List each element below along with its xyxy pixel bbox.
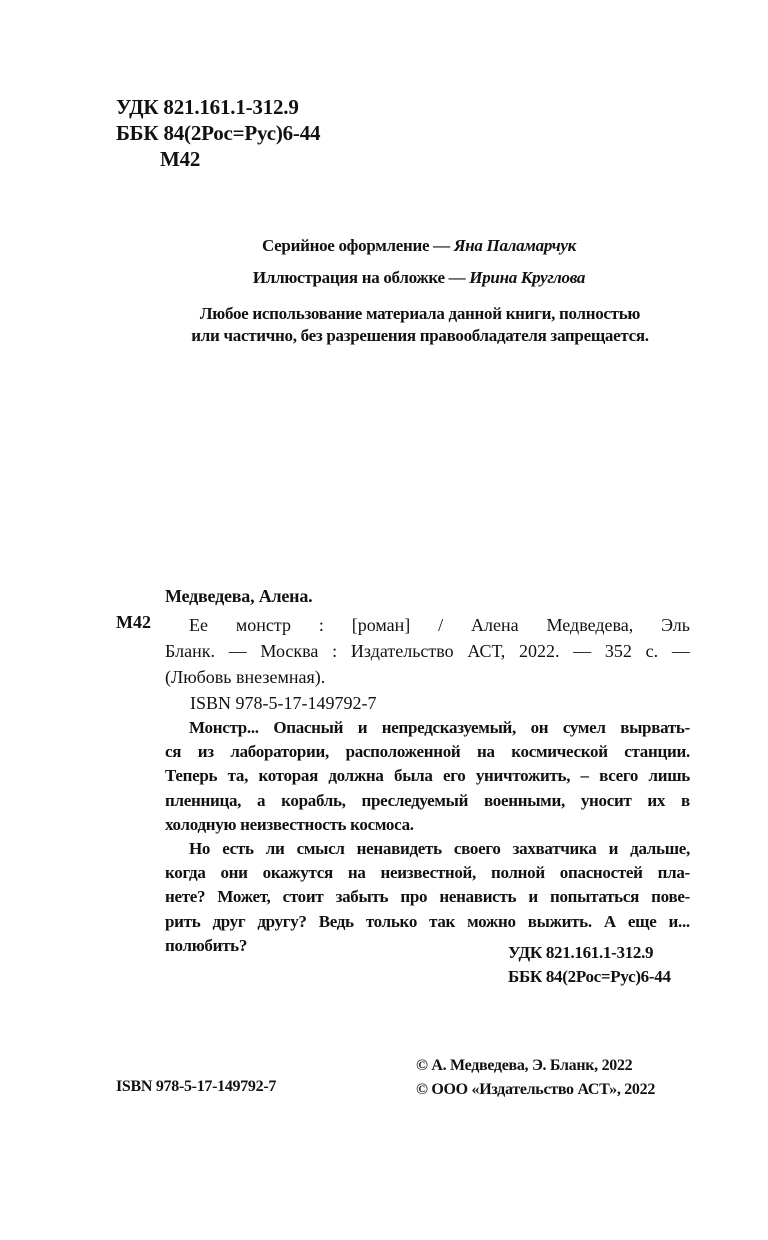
classification-block-bottom: УДК 821.161.1-312.9 ББК 84(2Рос=Рус)6-44: [508, 941, 671, 989]
copyright-block: © А. Медведева, Э. Бланк, 2022 © ООО «Из…: [416, 1054, 655, 1102]
annotation: Монстр...Опасныйинепредсказуемый,онсумел…: [165, 716, 690, 958]
series-design-label: Серийное оформление —: [262, 236, 454, 255]
annotation-line: нете?Может,стоитзабытьпроненавистьипопыт…: [165, 885, 690, 909]
word: АСТ,: [467, 638, 505, 664]
annotation-line: Ноестьлисмыслненавидетьсвоегозахватчикаи…: [165, 837, 690, 861]
word: Издательство: [351, 638, 454, 664]
copyright-authors: © А. Медведева, Э. Бланк, 2022: [416, 1054, 655, 1078]
udk-code: УДК 821.161.1-312.9: [116, 94, 320, 120]
cover-illustration-label: Иллюстрация на обложке —: [253, 268, 469, 287]
word: /: [438, 612, 443, 638]
annotation-line: сяизлаборатории,расположеннойнакосмическ…: [165, 740, 690, 764]
word: Эль: [661, 612, 690, 638]
word: Медведева,: [547, 612, 634, 638]
author-heading: Медведева, Алена.: [165, 586, 312, 607]
annotation-line: Монстр...Опасныйинепредсказуемый,онсумел…: [165, 716, 690, 740]
cover-illustration-name: Ирина Круглова: [469, 268, 585, 287]
record-author-mark: М42: [116, 612, 151, 633]
series-design-credit: Серийное оформление — Яна Паламарчук: [35, 236, 768, 256]
notice-line-1: Любое использование материала данной кни…: [36, 303, 768, 325]
annotation-line: холодную неизвестность космоса.: [165, 813, 690, 837]
word: —: [573, 638, 591, 664]
word: 2022.: [519, 638, 560, 664]
classification-block-top: УДК 821.161.1-312.9 ББК 84(2Рос=Рус)6-44…: [116, 94, 320, 172]
series-design-name: Яна Паламарчук: [454, 236, 576, 255]
isbn-record: ISBN 978-5-17-149792-7: [190, 693, 377, 714]
author-mark: М42: [116, 146, 320, 172]
word: —: [672, 638, 690, 664]
isbn-bottom: ISBN 978-5-17-149792-7: [116, 1078, 276, 1096]
word: —: [229, 638, 247, 664]
udk-code-bottom: УДК 821.161.1-312.9: [508, 941, 671, 965]
word: Бланк.: [165, 638, 215, 664]
notice-line-2: или частично, без разрешения правооблада…: [36, 325, 768, 347]
biblio-line-3: (Любовь внеземная).: [165, 664, 690, 690]
word: Москва: [260, 638, 318, 664]
bibliographic-description: Еемонстр:[роман]/АленаМедведева,Эль Блан…: [165, 612, 690, 690]
bbk-code: ББК 84(2Рос=Рус)6-44: [116, 120, 320, 146]
bbk-code-bottom: ББК 84(2Рос=Рус)6-44: [508, 965, 671, 989]
biblio-line-1: Еемонстр:[роман]/АленаМедведева,Эль: [165, 612, 690, 638]
word: :: [332, 638, 337, 664]
cover-illustration-credit: Иллюстрация на обложке — Ирина Круглова: [35, 268, 768, 288]
annotation-line: пленница,акорабль,преследуемыйвоенными,у…: [165, 789, 690, 813]
copyright-notice: Любое использование материала данной кни…: [36, 303, 768, 347]
copyright-publisher: © ООО «Издательство АСТ», 2022: [416, 1078, 655, 1102]
annotation-line: Теперьта,котораядолжнабылаегоуничтожить,…: [165, 764, 690, 788]
word: [роман]: [352, 612, 411, 638]
word: монстр: [236, 612, 291, 638]
word: Алена: [471, 612, 519, 638]
annotation-line: когдаониокажутсянанеизвестной,полнойопас…: [165, 861, 690, 885]
annotation-line: ритьдругдругу?Ведьтолькотакможновыжить.А…: [165, 910, 690, 934]
word: Ее: [189, 612, 208, 638]
word: с.: [646, 638, 659, 664]
word: :: [319, 612, 324, 638]
biblio-line-2: Бланк.—Москва:ИздательствоАСТ,2022.—352с…: [165, 638, 690, 664]
word: 352: [605, 638, 632, 664]
